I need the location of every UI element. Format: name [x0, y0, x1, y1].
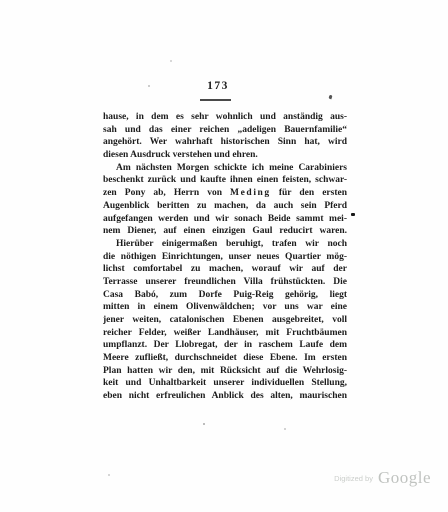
- text-line: umpflanzt. Der Llobregat, der in raschem…: [103, 339, 347, 352]
- scan-artifact-speck: [203, 423, 205, 425]
- text-line: Casa Babó, zum Dorfe Puig-Reig gehörig, …: [103, 289, 347, 302]
- scanned-book-page: 173 hause, in dem es sehr wohnlich und a…: [0, 0, 448, 512]
- page-number-rule: [200, 99, 231, 101]
- page-number: 173: [190, 80, 246, 92]
- scan-artifact-speck: [284, 428, 286, 430]
- digitization-watermark: Digitized by Google: [334, 468, 431, 488]
- text-line: Meere zufließt, durchschneidet diese Ebe…: [103, 352, 347, 365]
- text-line: Am nächsten Morgen schickte ich meine Ca…: [103, 162, 347, 175]
- text-line: Terrasse unserer freundlichen Villa früh…: [103, 276, 347, 289]
- text-line: hause, in dem es sehr wohnlich und anstä…: [103, 111, 347, 124]
- text-line: diesen Ausdruck verstehen und ehren.: [103, 149, 347, 162]
- text-line: beschenkt zurück und kaufte ihnen einen …: [103, 174, 347, 187]
- text-line: mitten in einem Olivenwäldchen; vor uns …: [103, 301, 347, 314]
- text-line: lichst comfortabel zu machen, worauf wir…: [103, 263, 347, 276]
- text-segment: zen Pony ab, Herrn von: [103, 188, 230, 198]
- text-line: angehört. Wer wahrhaft historischen Sinn…: [103, 136, 347, 149]
- text-line: zen Pony ab, Herrn von Meding für den er…: [103, 187, 347, 200]
- letterspaced-name: Meding: [230, 188, 271, 198]
- text-segment: für den ersten: [271, 188, 347, 198]
- scan-artifact-speck: [170, 60, 172, 62]
- text-line: jener weiten, catalonischen Ebenen ausge…: [103, 314, 347, 327]
- text-line: reicher Felder, weißer Landhäuser, mit F…: [103, 327, 347, 340]
- text-line: nem Diener, auf einen einzigen Gaul redu…: [103, 225, 347, 238]
- scan-artifact-speck: [148, 85, 150, 87]
- text-line: eben nicht erfreulichen Anblick des alte…: [103, 390, 347, 403]
- text-line: Plan hatten wir den, mit Rücksicht auf d…: [103, 365, 347, 378]
- scan-artifact-speck: [108, 474, 110, 476]
- text-line: Augenblick beritten zu machen, da auch s…: [103, 200, 347, 213]
- text-line: aufgefangen werden und wir sonach Beide …: [103, 213, 347, 226]
- google-logo-text: Google: [378, 468, 431, 488]
- text-line: keit und Unhaltbarkeit unserer individue…: [103, 377, 347, 390]
- text-line: sah und das einer reichen „adeligen Baue…: [103, 124, 347, 137]
- text-line: Hierüber einigermaßen beruhigt, trafen w…: [103, 238, 347, 251]
- text-line: die nöthigen Einrichtungen, unser neues …: [103, 251, 347, 264]
- body-text-block: hause, in dem es sehr wohnlich und anstä…: [103, 111, 347, 403]
- scan-artifact-speck: [328, 95, 332, 100]
- watermark-prefix-label: Digitized by: [334, 474, 373, 483]
- scan-artifact-speck: [351, 213, 355, 216]
